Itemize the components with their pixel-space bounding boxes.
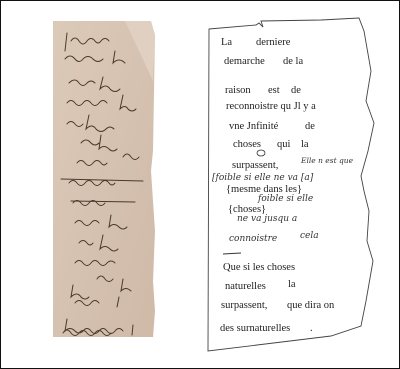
insertion-text: ne va jusqu a [237, 214, 297, 224]
insertion-text: Elle n est que [301, 156, 353, 165]
transcription-line: raison [225, 85, 251, 96]
transcription-line: de [305, 121, 315, 132]
transcription-line: demarche [224, 56, 265, 67]
insertion-text: cela [300, 231, 319, 241]
transcription-line: La [221, 37, 232, 48]
transcription-panel: La derniere demarche de la raison est de… [201, 1, 400, 369]
transcription-line: la [301, 139, 309, 150]
insertion-text: connoistre [229, 234, 277, 244]
manuscript-paper [53, 21, 155, 337]
transcription-line: qui [277, 139, 290, 150]
transcription-line: la [288, 279, 296, 290]
insertion-text: [foible si elle ne va [a] [212, 173, 313, 183]
transcription-line: derniere [256, 37, 290, 48]
transcription-line: surpassent, [232, 160, 278, 171]
transcription-line: Que si les choses [223, 262, 295, 273]
transcription-line: que dira on [287, 300, 334, 311]
transcription-line: choses [233, 139, 261, 150]
manuscript-image [53, 21, 155, 337]
transcription-line: des surnaturelles [220, 323, 290, 334]
transcription-line: reconnoistre qu Jl y a [226, 101, 316, 112]
transcription-line: de [291, 85, 301, 96]
transcription-line: surpassent, [221, 300, 267, 311]
transcription-line: vne Jnfinité [229, 121, 278, 132]
transcription-line: de la [283, 56, 303, 67]
insertion-text: foible si elle [258, 194, 313, 204]
figure-frame: La derniere demarche de la raison est de… [0, 0, 400, 369]
transcription-line: naturelles [225, 281, 266, 292]
transcription-line: . [310, 323, 313, 334]
transcription-line: est [268, 85, 280, 96]
